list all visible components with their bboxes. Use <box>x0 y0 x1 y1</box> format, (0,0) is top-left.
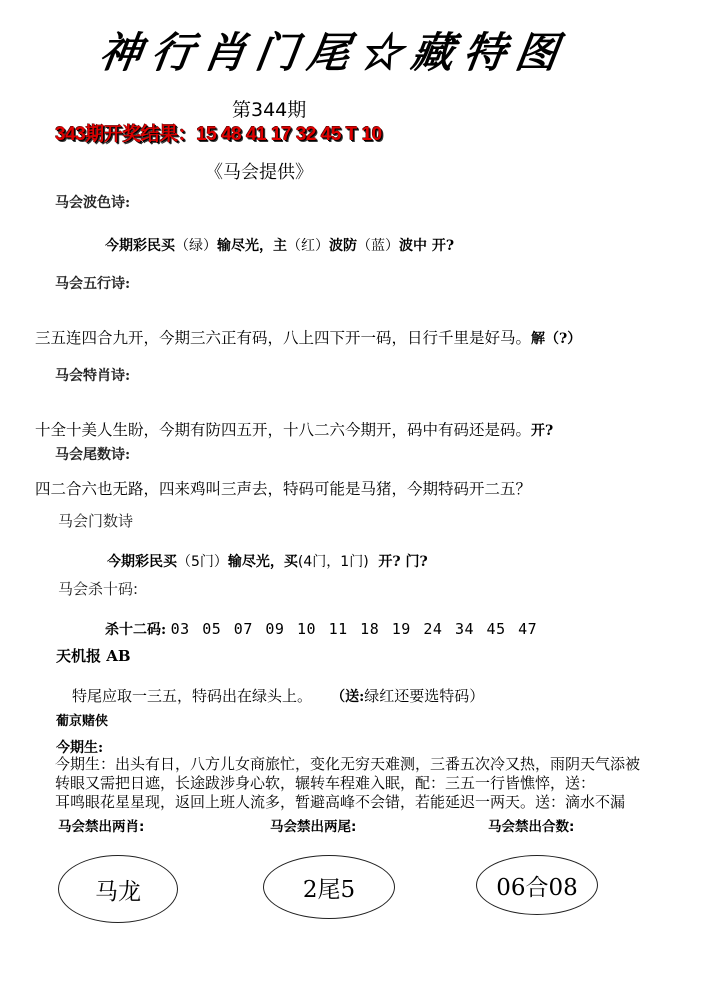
wave-color-heading: 马会波色诗: <box>55 192 130 212</box>
five-elements-heading: 马会五行诗: <box>55 273 130 293</box>
tail-poem: 四二合六也无路，四来鸡叫三声去，特码可能是马猪，今期特码开二五？ <box>35 477 531 499</box>
gate-line: 今期彩民买（5门）输尽光，买(4门，1门) 开? 门? <box>107 551 428 571</box>
zodiac-heading: 马会特肖诗: <box>55 365 130 385</box>
issue-number: 第344期 <box>232 95 306 122</box>
tianji-text: 特尾应取一三五，特码出在绿头上。 （送:绿红还要选特码） <box>72 685 484 706</box>
ban-sum-value: 06合08 <box>476 855 598 915</box>
kill-twelve-line: 杀十二码: 03 05 07 09 10 11 18 19 24 34 45 4… <box>105 619 537 639</box>
page-title: 神行肖门尾☆藏特图 <box>96 20 572 80</box>
ban-zodiac-value: 马龙 <box>58 855 178 923</box>
ban-sum-label: 马会禁出合数: <box>488 815 574 835</box>
kill-ten-heading: 马会杀十码: <box>58 578 138 599</box>
kill-twelve-label: 杀十二码: <box>105 622 166 638</box>
tail-heading: 马会尾数诗: <box>55 444 130 464</box>
tianji-heading: 天机报 AB <box>56 645 131 666</box>
ban-tail-label: 马会禁出两尾: <box>270 815 356 835</box>
gambler-heading: 葡京赌侠 <box>56 710 108 729</box>
last-result-label: 343期开奖结果： <box>55 124 196 145</box>
kill-twelve-numbers: 03 05 07 09 10 11 18 19 24 34 45 47 <box>171 620 538 638</box>
current-poem: 今期生：出头有日，八方儿女商旅忙，变化无穷天难测，三番五次冷又热，雨阴天气添被 … <box>55 755 640 812</box>
last-result: 343期开奖结果：15 48 41 17 32 45 T 10 <box>55 119 382 146</box>
last-result-numbers: 15 48 41 17 32 45 T 10 <box>196 124 382 145</box>
wave-color-line: 今期彩民买（绿）输尽光，主（红）波防（蓝）波中 开? <box>105 235 454 255</box>
five-elements-poem: 三五连四合九开，今期三六正有码，八上四下开一码，日行千里是好马。解（?） <box>35 326 581 348</box>
ban-tail-value: 2尾5 <box>263 855 395 919</box>
current-heading: 今期生: <box>56 737 103 757</box>
source-label: 《马会提供》 <box>205 158 313 184</box>
gate-heading: 马会门数诗 <box>58 510 133 531</box>
ban-zodiac-label: 马会禁出两肖: <box>58 815 144 835</box>
zodiac-poem: 十全十美人生盼，今期有防四五开，十八二六今期开，码中有码还是码。开? <box>35 418 553 440</box>
